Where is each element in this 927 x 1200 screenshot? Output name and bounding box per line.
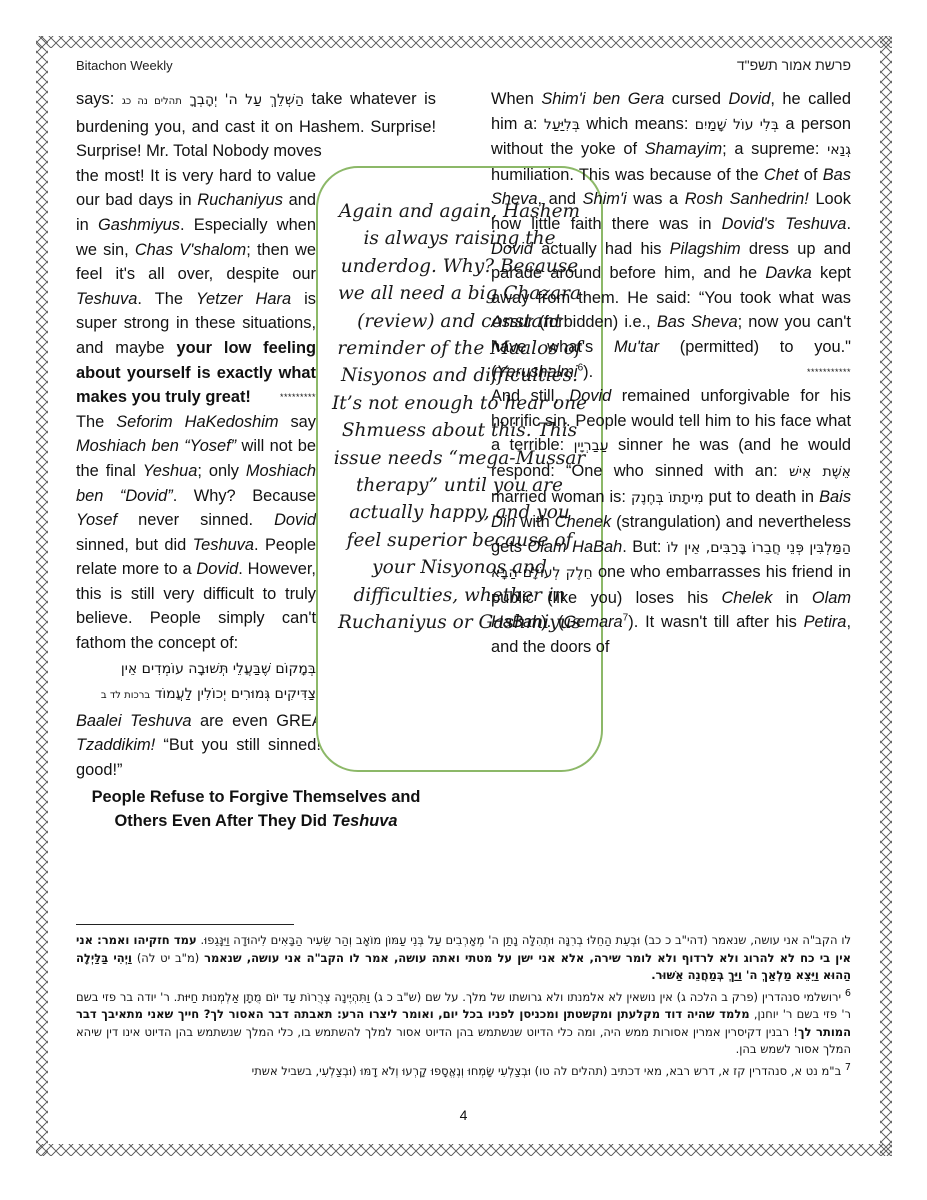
page-number: 4	[0, 1107, 927, 1123]
hebrew-verse: הַשְׁלֵךְ עַל ה' יְהָבְךָ	[189, 92, 304, 108]
right-paragraph-1: When Shim'i ben Gera cursed Dovid, he ca…	[491, 87, 851, 384]
footnote-7: 7 ב"מ נט א, סנהדרין קז א, דרש רבא, מאי ד…	[76, 1059, 851, 1080]
left-paragraph-3: The Seforim HaKedoshim say Moshiach ben …	[76, 410, 316, 656]
right-column: When Shim'i ben Gera cursed Dovid, he ca…	[491, 87, 851, 660]
quote-reference: ברכות לד ב	[101, 690, 150, 701]
footnote-separator	[76, 924, 294, 925]
left-paragraph-2: the most! It is very hard to value our b…	[76, 164, 316, 410]
footnotes: לו הקב"ה אני עושה, שנאמר (דהי"ב כ כב) וּ…	[76, 932, 851, 1080]
border-top	[36, 36, 892, 48]
right-paragraph-2: And still, Dovid remained unforgivable f…	[491, 384, 851, 660]
left-paragraph-1: says: הַשְׁלֵךְ עַל ה' יְהָבְךָ תהלים נה…	[76, 87, 436, 164]
section-separator: *********	[280, 385, 316, 410]
section-separator: ***********	[807, 360, 851, 385]
section-subheading: People Refuse to Forgive Themselves and …	[76, 785, 436, 833]
footnote-continued: לו הקב"ה אני עושה, שנאמר (דהי"ב כ כב) וּ…	[76, 932, 851, 985]
footnote-6: 6 ירושלמי סנהדרין (פרק ב הלכה ג) אין נוש…	[76, 985, 851, 1059]
footnote-number: 7	[845, 1062, 851, 1073]
footnote-number: 6	[845, 988, 851, 999]
border-bottom	[36, 1144, 892, 1156]
left-hebrew-quote: בְּמָקוֹם שֶׁבַּעֲלֵי תְּשׁוּבָה עוֹמְדִ…	[76, 656, 316, 709]
verse-reference: תהלים נה כג	[122, 96, 182, 107]
border-left	[36, 36, 48, 1156]
publication-title: Bitachon Weekly	[76, 58, 173, 73]
parsha-title: פרשת אמור תשפ"ד	[737, 57, 851, 73]
border-right	[880, 36, 892, 1156]
